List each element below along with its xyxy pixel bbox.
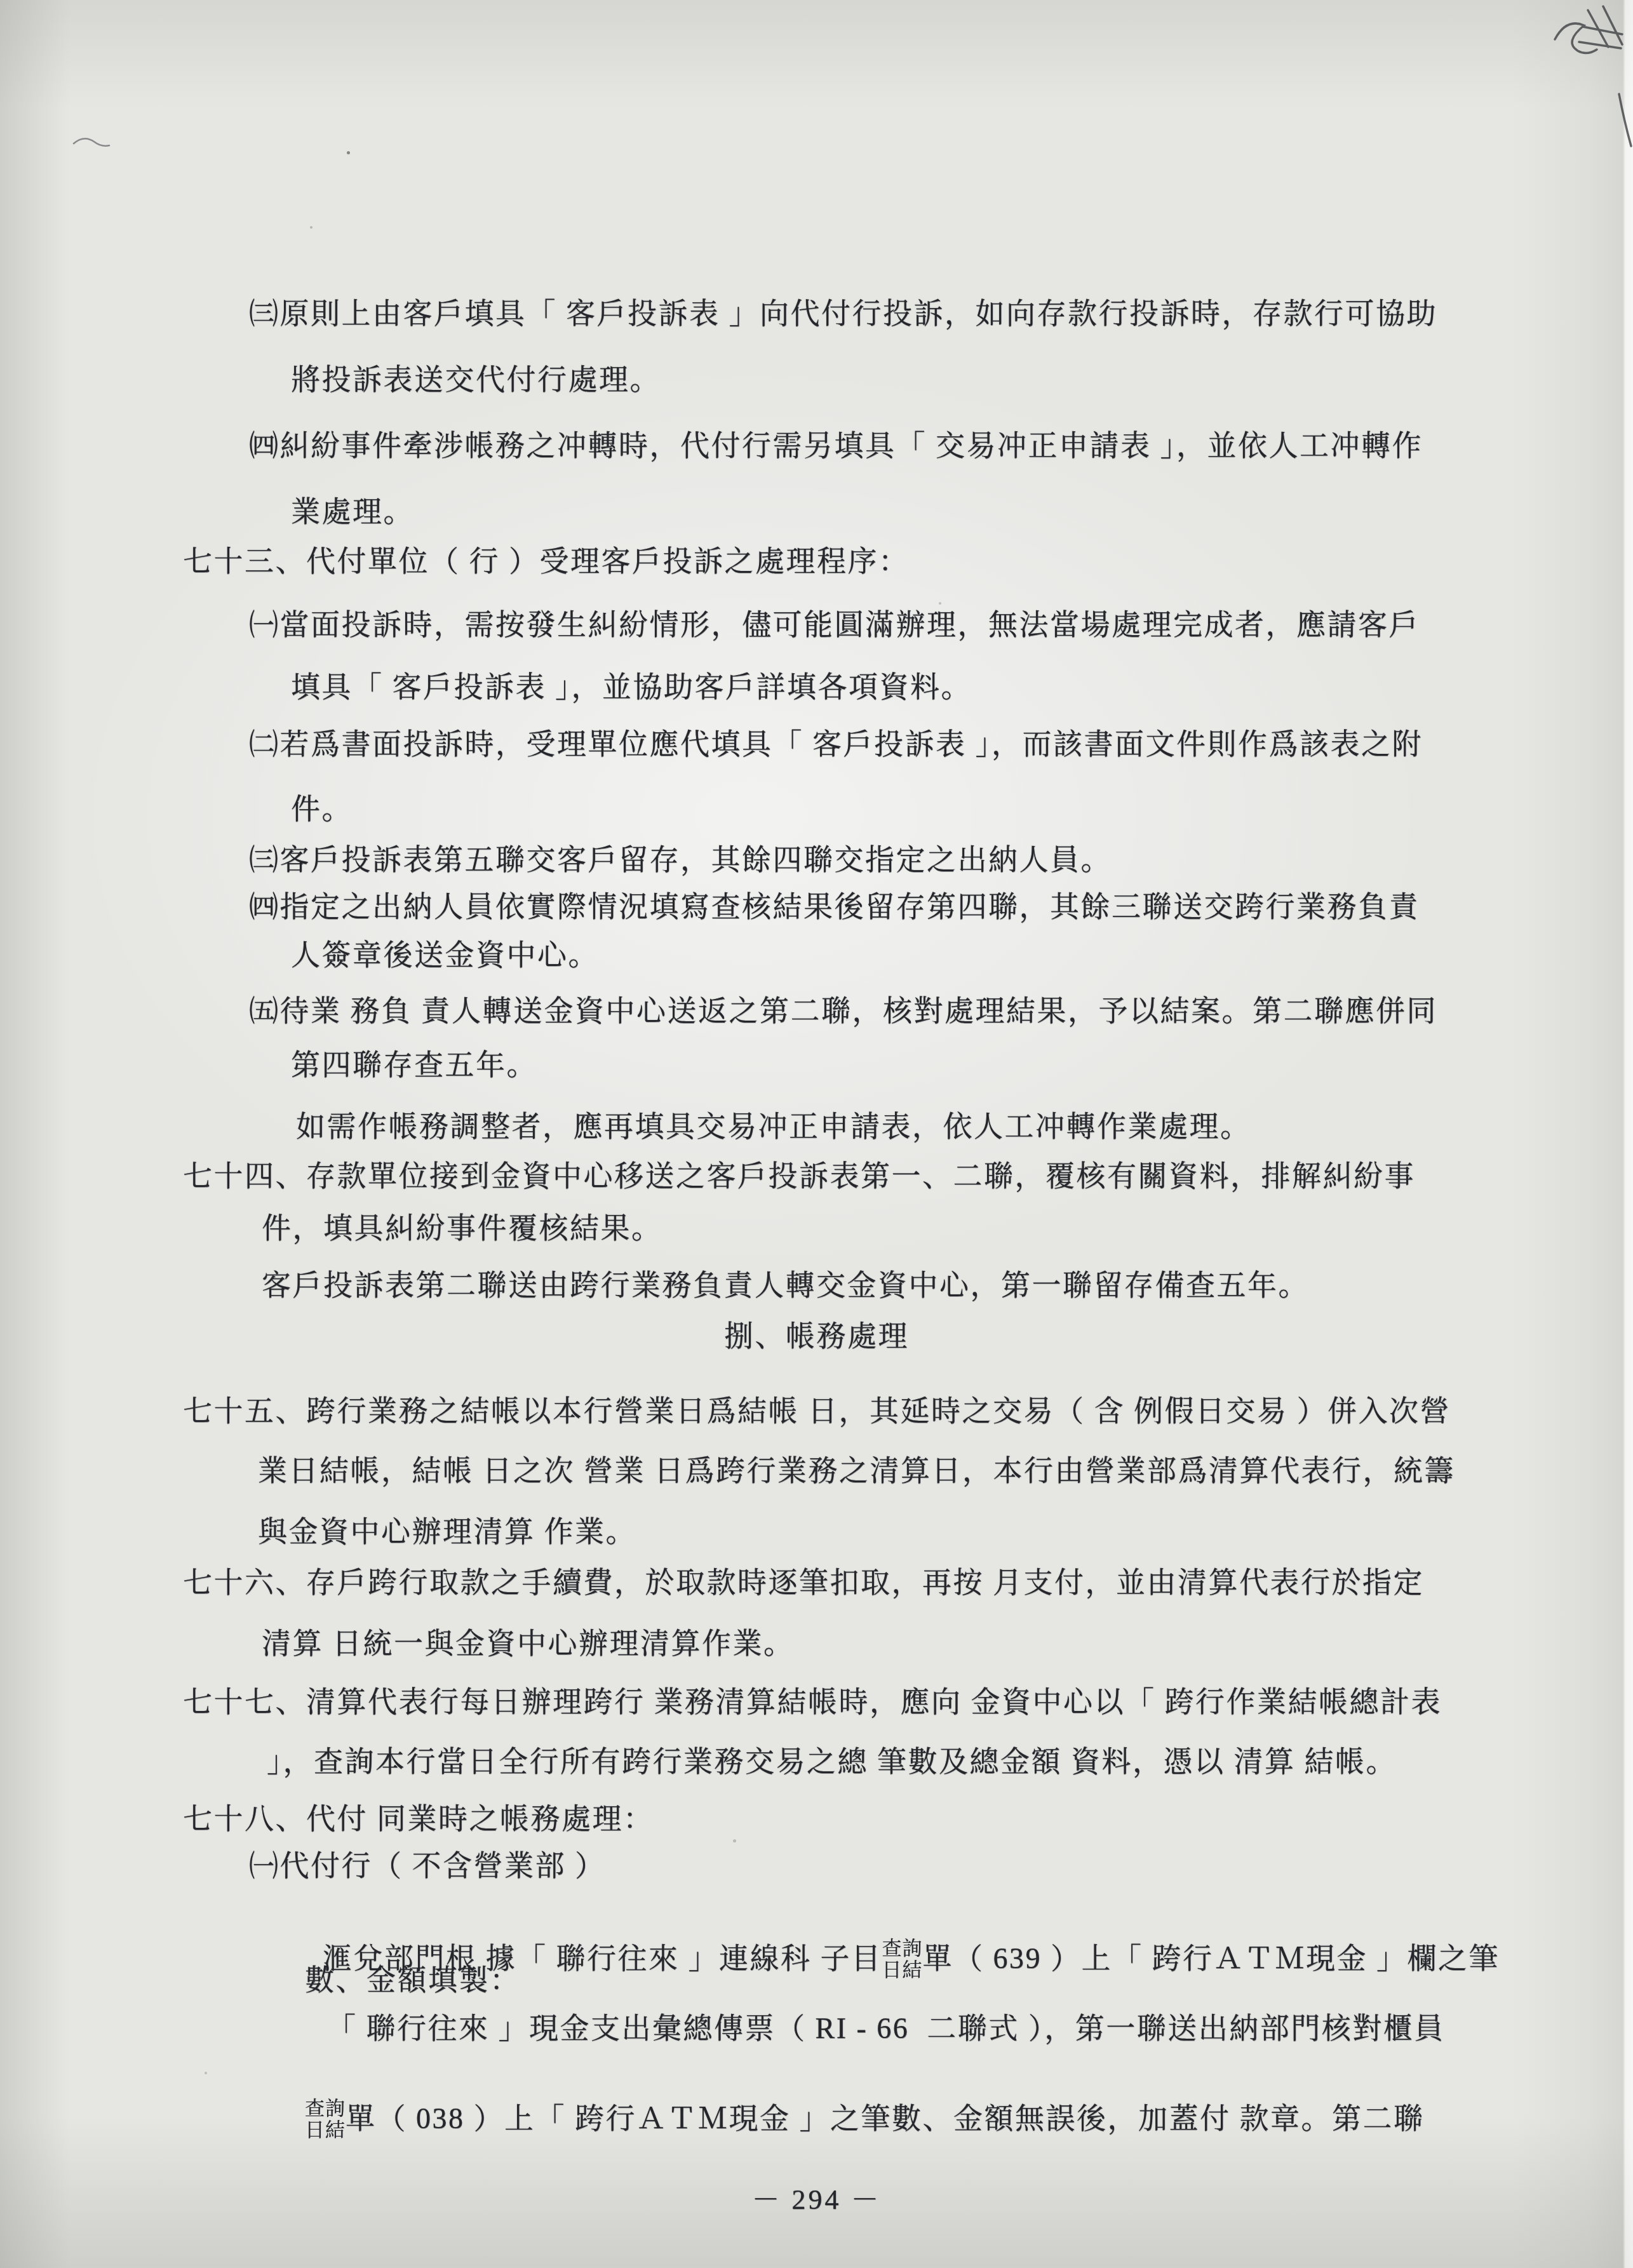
text-line: 將投訴表送交代付行處理。: [291, 359, 661, 400]
text-line: 七十四、存款單位接到金資中心移送之客戶投訴表第一、二聯，覆核有關資料，排解糾紛事: [183, 1156, 1415, 1197]
text-line: 第四聯存查五年。: [291, 1045, 537, 1085]
stacked-form-label: 查詢日結: [305, 2098, 346, 2141]
text-line: ㈡若爲書面投訴時，受理單位應代填具「 客戶投訴表 」，而該書面文件則作爲該表之附: [249, 724, 1423, 765]
text-line: 件，填具糾紛事件覆核結果。: [262, 1208, 662, 1249]
text-line: 「 聯行往來 」現金支出彙總傳票（ RI - 66 二聯式 ），第一聯送出納部門…: [326, 2008, 1445, 2049]
text-line: 七十七、清算代表行每日辦理跨行 業務清算結帳時，應向 金資中心以「 跨行作業結帳…: [183, 1682, 1442, 1722]
stack-top: 查詢: [882, 1938, 923, 1959]
scan-speck: [733, 1839, 736, 1842]
text-line: ㈣糾紛事件牽涉帳務之冲轉時，代付行需另填具「 交易冲正申請表 」，並依人工冲轉作: [249, 426, 1423, 466]
text-line: 清算 日統一與金資中心辦理清算作業。: [262, 1623, 795, 1664]
pencil-squiggle-icon: [74, 138, 109, 146]
text-line: ㈠當面投訴時，需按發生糾紛情形，儘可能圓滿辦理，無法當場處理完成者，應請客戶: [249, 605, 1420, 645]
text-line: 業處理。: [291, 492, 414, 532]
text-line: 填具「 客戶投訴表 」，並協助客戶詳填各項資料。: [291, 667, 972, 708]
text-line: ㈣指定之出納人員依實際情況填寫查核結果後留存第四聯，其餘三聯送交跨行業務負責: [249, 887, 1420, 927]
section-heading: 捌、帳務處理: [0, 1316, 1633, 1357]
scan-speck: [347, 151, 350, 154]
text-line: 數、金額填製：: [305, 1960, 521, 2001]
text-line: 七十六、存戶跨行取款之手續費，於取款時逐筆扣取，再按 月支付，並由清算代表行於指…: [183, 1562, 1424, 1603]
text-line: 件。: [291, 789, 353, 829]
text-line: ㈤待業 務負 責人轉送金資中心送返之第二聯，核對處理結果，予以結案。第二聯應併同: [249, 991, 1437, 1031]
stack-bottom: 日結: [882, 1959, 923, 1981]
scan-speck: [205, 2072, 207, 2074]
pen-scribble-icon: [1555, 6, 1631, 146]
text-line-with-stacked-label: 查詢日結單（ 038 ）上「 跨行ＡＴＭ現金 」之筆數、金額無誤後，加蓋付 款章…: [287, 2058, 1425, 2143]
line-post-text: 單（ 038 ）上「 跨行ＡＴＭ現金 」之筆數、金額無誤後，加蓋付 款章。第二聯: [346, 2102, 1425, 2135]
line-post-text: 單（ 639 ）上「 跨行ＡＴＭ現金 」欄之筆: [923, 1942, 1500, 1975]
text-line: ㈠代付行（ 不含營業部 ）: [249, 1846, 606, 1886]
text-line: 」，查詢本行當日全行所有跨行業務交易之總 筆數及總金額 資料，憑以 清算 結帳。: [267, 1741, 1397, 1782]
scanned-page: { "document": { "section_heading": "捌、帳務…: [0, 0, 1633, 2268]
text-line: 與金資中心辦理清算 作業。: [258, 1512, 636, 1552]
text-line: 人簽章後送金資中心。: [291, 935, 599, 976]
text-line: 業日結帳，結帳 日之次 營業 日爲跨行業務之清算日，本行由營業部爲清算代表行，統…: [258, 1451, 1455, 1491]
stack-bottom: 日結: [305, 2119, 346, 2141]
stack-top: 查詢: [305, 2098, 346, 2119]
text-line: 七十五、跨行業務之結帳以本行營業日爲結帳 日，其延時之交易（ 含 例假日交易 ）…: [183, 1391, 1451, 1432]
page-number: － 294 －: [0, 2180, 1633, 2220]
text-line: 如需作帳務調整者，應再填具交易冲正申請表，依人工冲轉作業處理。: [296, 1106, 1251, 1147]
text-line: 七十八、代付 同業時之帳務處理：: [183, 1799, 654, 1839]
scan-speck: [310, 226, 312, 229]
stacked-form-label: 查詢日結: [882, 1938, 923, 1981]
text-line: 客戶投訴表第二聯送由跨行業務負責人轉交金資中心，第一聯留存備查五年。: [262, 1265, 1309, 1306]
text-line: 七十三、代付單位（ 行 ）受理客戶投訴之處理程序：: [183, 541, 910, 582]
text-line: ㈢原則上由客戶填具「 客戶投訴表 」向代付行投訴，如向存款行投訴時，存款行可協助: [249, 293, 1437, 334]
text-line: ㈢客戶投訴表第五聯交客戶留存，其餘四聯交指定之出納人員。: [249, 840, 1112, 880]
